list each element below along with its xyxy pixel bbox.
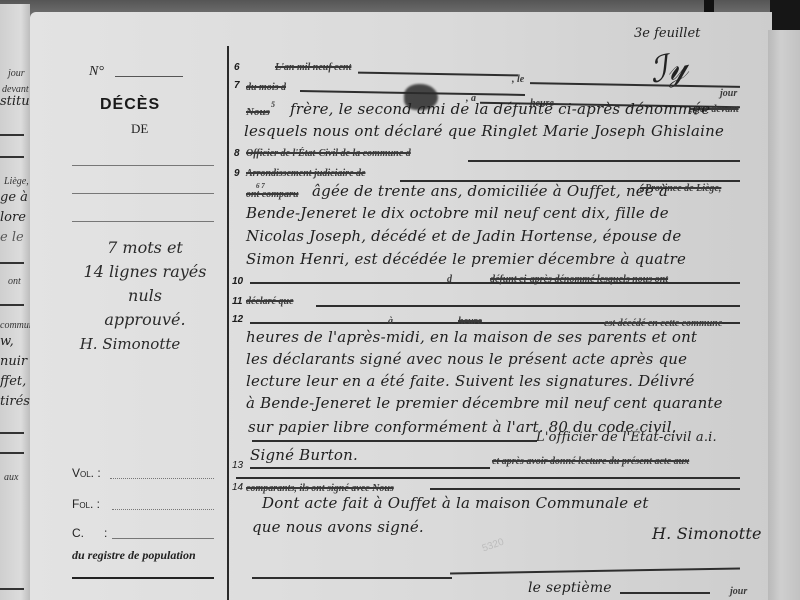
adjacent-fragment: commun bbox=[0, 320, 30, 331]
handwritten-line: âgée de trente ans, domiciliée à Ouffet,… bbox=[312, 182, 668, 200]
c-label: C. bbox=[72, 526, 84, 540]
adjacent-rule bbox=[0, 452, 24, 454]
handwritten-line: L'officier de l'État-civil a.i. bbox=[536, 430, 717, 445]
feuillet-note: 3e feuillet bbox=[634, 26, 700, 41]
margin-approval-note: 7 mots et 14 lignes rayés nuls approuvé.… bbox=[60, 236, 230, 356]
superscript: 6 7 bbox=[256, 182, 265, 190]
printed-text: déclaré que bbox=[246, 296, 294, 307]
vol-label: Vol. : bbox=[72, 466, 101, 480]
fol-field bbox=[112, 509, 214, 511]
adjacent-fragment: jour bbox=[8, 68, 25, 79]
form-rule bbox=[316, 305, 740, 307]
fol-label: Fol. : bbox=[72, 497, 100, 511]
adjacent-rule bbox=[0, 432, 24, 434]
printed-text: jour bbox=[730, 586, 747, 597]
line-number: 9 bbox=[234, 168, 240, 179]
handwritten-line: que nous avons signé. bbox=[252, 518, 424, 536]
c-field bbox=[112, 538, 214, 539]
handwritten-line: Signé Burton. bbox=[250, 446, 358, 464]
printed-text: jour bbox=[720, 88, 737, 99]
line-number: 10 bbox=[232, 276, 243, 287]
adjacent-fragment: e le bbox=[0, 230, 24, 245]
adjacent-rule bbox=[0, 156, 24, 158]
line-number: 6 bbox=[234, 62, 240, 73]
printed-text: Arrondissement judiciaire de bbox=[246, 168, 365, 179]
closing-signature: H. Simonotte bbox=[652, 524, 762, 543]
form-rule bbox=[250, 467, 490, 469]
adjacent-fragment: nuir bbox=[0, 354, 27, 369]
handwritten-line: Bende-Jeneret le dix octobre mil neuf ce… bbox=[246, 204, 669, 222]
handwritten-line: Dont acte fait à Ouffet à la maison Comm… bbox=[262, 494, 649, 512]
form-rule bbox=[252, 577, 452, 579]
handwritten-line: lesquels nous ont déclaré que Ringlet Ma… bbox=[244, 122, 724, 140]
name-line bbox=[72, 221, 214, 222]
printed-text: L'an mil neuf cent bbox=[275, 62, 351, 73]
superscript: 5 bbox=[271, 100, 275, 109]
printed-text: d bbox=[447, 274, 452, 285]
note-line: 14 lignes rayés bbox=[60, 260, 230, 284]
page-stack-edge bbox=[768, 30, 800, 600]
number-label: N° bbox=[89, 64, 104, 80]
form-rule bbox=[252, 440, 537, 442]
printed-text: du mois d bbox=[246, 82, 286, 93]
adjacent-rule bbox=[0, 588, 24, 590]
name-line bbox=[72, 165, 214, 166]
line-number: 7 bbox=[234, 80, 240, 91]
form-title: DÉCÈS bbox=[100, 96, 160, 114]
adjacent-page-left: jour devant stitu Liège, ge à lore e le … bbox=[0, 4, 30, 600]
printed-text: , le bbox=[512, 74, 524, 85]
printed-text: Officier de l'État-Civil de la commune d bbox=[246, 148, 411, 159]
registre-label: du registre de population bbox=[72, 548, 196, 563]
adjacent-rule bbox=[0, 134, 24, 136]
adjacent-rule bbox=[0, 304, 24, 306]
printed-text: comparants, ils ont signé avec Nous bbox=[246, 483, 394, 494]
adjacent-fragment: aux bbox=[4, 472, 18, 483]
line-number: 11 bbox=[232, 296, 242, 307]
printed-text: Nous bbox=[246, 106, 270, 118]
handwritten-line: les déclarants signé avec nous le présen… bbox=[246, 350, 687, 368]
adjacent-fragment: tirés bbox=[0, 394, 30, 409]
form-subtitle: DE bbox=[131, 121, 148, 137]
form-rule bbox=[236, 477, 740, 479]
line-number: 14 bbox=[232, 482, 243, 493]
handwritten-line: Nicolas Joseph, décédé et de Jadin Horte… bbox=[246, 227, 681, 245]
adjacent-fragment: stitu bbox=[0, 94, 30, 109]
line-number: 12 bbox=[232, 314, 243, 325]
printed-text: et après avoir donné lecture du présent … bbox=[492, 456, 689, 467]
number-field-line bbox=[115, 76, 183, 77]
printed-text: ont comparu bbox=[246, 189, 299, 200]
handwritten-line: Simon Henri, est décédée le premier déce… bbox=[246, 250, 686, 268]
handwritten-line: frère, le second ami de la défunte ci-ap… bbox=[290, 100, 710, 118]
handwritten-line: heures de l'après-midi, en la maison de … bbox=[246, 328, 697, 346]
margin-signature: H. Simonotte bbox=[30, 332, 230, 356]
adjacent-fragment: lore bbox=[0, 210, 26, 225]
registre-rule bbox=[72, 577, 214, 579]
form-rule bbox=[620, 592, 710, 594]
form-rule bbox=[468, 160, 740, 162]
note-line: nuls bbox=[60, 284, 230, 308]
c-colon: : bbox=[104, 526, 107, 540]
printed-text: défunt ci-après dénommé lesquels nous on… bbox=[490, 274, 668, 285]
form-rule bbox=[430, 488, 740, 490]
line-number: 13 bbox=[232, 460, 243, 471]
note-line: 7 mots et bbox=[60, 236, 230, 260]
adjacent-fragment: Liège, bbox=[4, 176, 29, 187]
adjacent-fragment: ont bbox=[8, 276, 21, 287]
printed-text: heure bbox=[458, 316, 482, 327]
printed-text: à bbox=[388, 316, 393, 327]
note-line: approuvé. bbox=[60, 308, 230, 332]
adjacent-rule bbox=[0, 262, 24, 264]
adjacent-fragment: ffet, bbox=[0, 374, 26, 389]
handwritten-line: à Bende-Jeneret le premier décembre mil … bbox=[246, 394, 723, 412]
adjacent-fragment: ge à bbox=[0, 190, 28, 205]
adjacent-fragment: w, bbox=[0, 334, 14, 349]
vol-field bbox=[110, 478, 214, 480]
handwritten-line: lecture leur en a été faite. Suivent les… bbox=[246, 372, 695, 390]
line-number: 8 bbox=[234, 148, 240, 159]
name-line bbox=[72, 193, 214, 194]
handwritten-line: le septième bbox=[528, 580, 612, 596]
